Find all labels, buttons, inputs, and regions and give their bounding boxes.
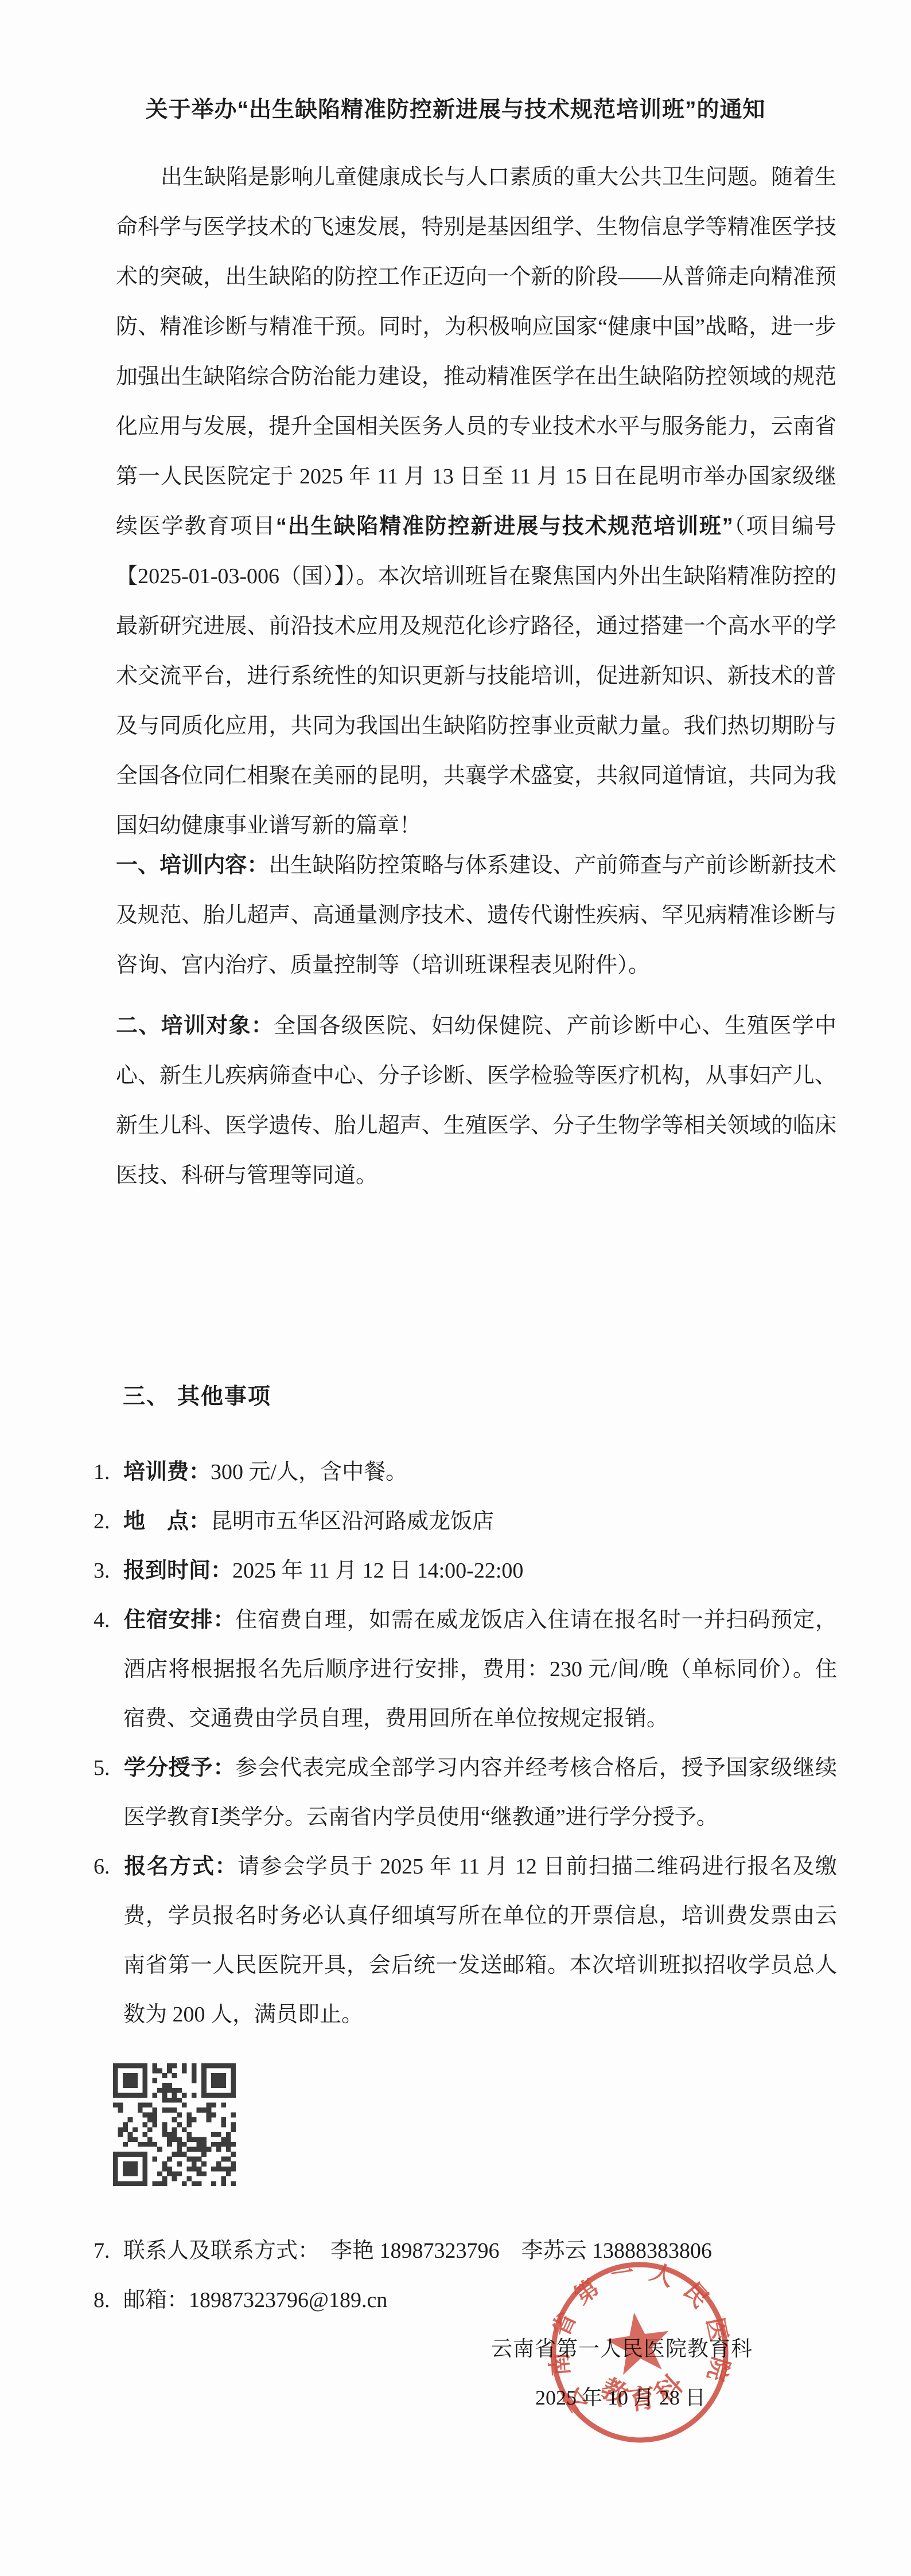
list-item: 2.地 点：昆明市五华区沿河路威龙饭店	[94, 1497, 837, 1546]
section2-text: 全国各级医院、妇幼保健院、产前诊断中心、生殖医学中心、新生儿疾病筛查中心、分子诊…	[116, 1014, 836, 1188]
item-label: 住宿安排：	[123, 1608, 235, 1632]
qr-code	[113, 2063, 236, 2187]
item-text: 请参会学员于 2025 年 11 月 12 日前扫描二维码进行报名及缴费，学员报…	[123, 1855, 837, 2027]
section2-label: 二、培训对象：	[116, 1014, 274, 1038]
intro-text-2: （项目编号【2025-01-03-006（国）】）。本次培训班旨在聚焦国内外出生…	[116, 514, 836, 838]
list-item: 4.住宿安排：住宿费自理，如需在威龙饭店入住请在报名时一并扫码预定，酒店将根据报…	[94, 1595, 837, 1743]
item-number: 8.	[94, 2276, 123, 2325]
item-text: 300 元/人，含中餐。	[211, 1460, 407, 1484]
item-label: 地 点：	[123, 1509, 211, 1533]
section1-label: 一、培训内容：	[116, 853, 268, 877]
item-number: 1.	[94, 1447, 123, 1497]
item-label: 报到时间：	[123, 1559, 232, 1583]
item-number: 7.	[94, 2226, 123, 2276]
notice-title: 关于举办“出生缺陷精准防控新进展与技术规范培训班”的通知	[0, 92, 911, 124]
item-label: 报名方式：	[123, 1855, 238, 1879]
email-label: 邮箱：	[123, 2288, 189, 2312]
qr-code-svg	[113, 2063, 236, 2187]
item-text: 2025 年 11 月 12 日 14:00-22:00	[232, 1559, 523, 1583]
intro-course-name-bold: “出生缺陷精准防控新进展与技术规范培训班”	[276, 514, 733, 538]
svg-text:教育科: 教育科	[593, 2362, 698, 2420]
contact-line: 7.联系人及联系方式： 李艳 18987323796 李苏云 138883838…	[94, 2226, 862, 2276]
other-items-list: 1.培训费：300 元/人，含中餐。 2.地 点：昆明市五华区沿河路威龙饭店 3…	[94, 1447, 837, 2039]
section-training-content: 一、培训内容：出生缺陷防控策略与体系建设、产前筛查与产前诊断新技术及规范、胎儿超…	[116, 841, 836, 990]
seal-star-icon	[603, 2308, 674, 2376]
item-label: 培训费：	[123, 1460, 211, 1484]
item-number: 4.	[94, 1595, 123, 1645]
intro-paragraph: 出生缺陷是影响儿童健康成长与人口素质的重大公共卫生问题。随着生命科学与医学技术的…	[116, 153, 836, 851]
other-matters-heading: 三、 其他事项	[123, 1379, 271, 1411]
intro-text-1: 出生缺陷是影响儿童健康成长与人口素质的重大公共卫生问题。随着生命科学与医学技术的…	[116, 165, 836, 538]
contact-label: 联系人及联系方式：	[123, 2239, 309, 2263]
seal-bottom-text: 教育科	[593, 2362, 698, 2420]
list-item: 6.报名方式：请参会学员于 2025 年 11 月 12 日前扫描二维码进行报名…	[94, 1842, 837, 2039]
list-item: 1.培训费：300 元/人，含中餐。	[94, 1447, 837, 1497]
item-number: 6.	[94, 1842, 123, 1891]
section-training-audience: 二、培训对象：全国各级医院、妇幼保健院、产前诊断中心、生殖医学中心、新生儿疾病筛…	[116, 1001, 836, 1201]
notice-document-page: 关于举办“出生缺陷精准防控新进展与技术规范培训班”的通知 出生缺陷是影响儿童健康…	[0, 0, 911, 2576]
email-line: 8.邮箱：18987323796@189.cn	[94, 2276, 862, 2325]
item-text: 昆明市五华区沿河路威龙饭店	[211, 1509, 494, 1533]
email-text: 18987323796@189.cn	[189, 2288, 387, 2312]
item-number: 2.	[94, 1497, 123, 1546]
list-item: 3.报到时间：2025 年 11 月 12 日 14:00-22:00	[94, 1546, 837, 1595]
official-seal: 云南省第一人民医院 教育科	[535, 2247, 745, 2457]
list-item: 5.学分授予：参会代表完成全部学习内容并经考核合格后，授予国家级继续医学教育Ⅰ类…	[94, 1743, 837, 1842]
item-number: 3.	[94, 1546, 123, 1595]
item-number: 5.	[94, 1743, 123, 1793]
item-label: 学分授予：	[123, 1756, 235, 1780]
